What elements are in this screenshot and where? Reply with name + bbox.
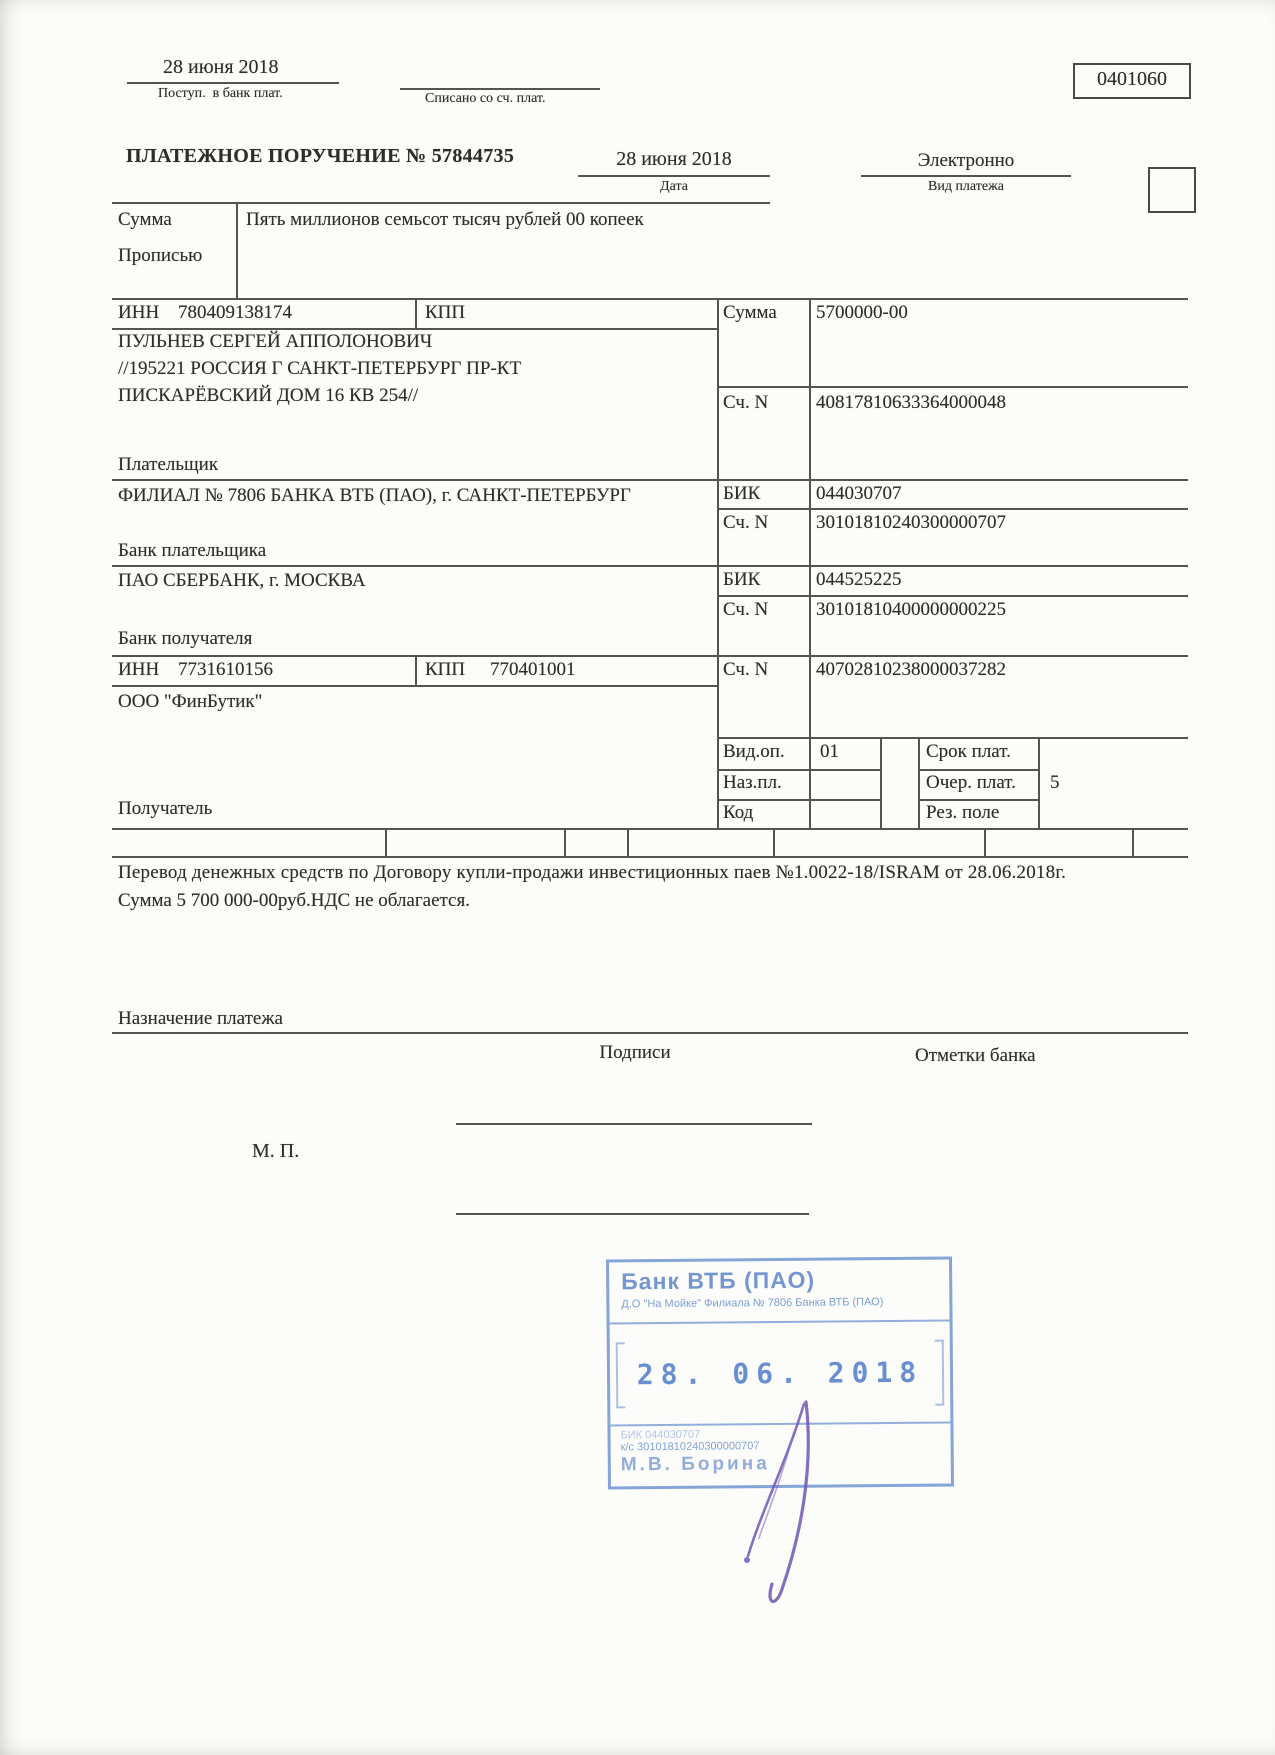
due-date-label: Срок плат. [926,741,1011,763]
payee-bank-name: ПАО СБЕРБАНК, г. МОСКВА [118,570,366,592]
rule [1132,828,1134,858]
rule [627,828,629,858]
payment-kind-value: Электронно [861,150,1071,172]
rule [112,298,1188,300]
rule [717,799,880,801]
rule [112,565,1188,567]
rule [773,828,775,858]
rule [918,769,1040,771]
document-date: 28 июня 2018 [578,148,770,171]
reserve-field-label: Рез. поле [926,802,999,824]
rule [415,655,417,687]
code-label: Код [723,802,753,824]
payee-bank-bik: 044525225 [816,569,902,591]
document-title: ПЛАТЕЖНОЕ ПОРУЧЕНИЕ № 57844735 [126,145,514,168]
payment-order-document: 28 июня 2018 Поступ. в банк плат. Списан… [0,0,1275,1755]
rule [717,595,1188,597]
payee-bank-label: Банк получателя [118,628,252,650]
payer-account: 40817810633364000048 [816,392,1006,414]
signatures-label: Подписи [555,1042,715,1064]
payee-name: ООО "ФинБутик" [118,691,262,713]
priority-value: 5 [1050,772,1060,794]
rule [564,828,566,858]
payer-bank-label: Банк плательщика [118,540,266,562]
amount-value: 5700000-00 [816,302,908,324]
payee-inn: 7731610156 [178,659,273,681]
amount-label: Сумма [723,302,777,324]
payee-inn-label: ИНН [118,659,159,681]
form-code: 0401060 [1075,68,1189,91]
rule [400,88,600,90]
rule [578,175,770,177]
payee-kpp: 770401001 [490,659,576,681]
bank-marks-label: Отметки банка [915,1045,1036,1067]
payer-bank-account: 30101810240300000707 [816,512,1006,534]
payer-name-line1: ПУЛЬНЕВ СЕРГЕЙ АППОЛОНОВИЧ [118,331,432,353]
payee-kpp-label: КПП [425,659,465,681]
rule [861,175,1071,177]
rule [717,508,1188,510]
payer-account-label: Сч. N [723,392,768,414]
payer-name-line3: ПИСКАРЁВСКИЙ ДОМ 16 КВ 254// [118,385,418,407]
rule [918,737,920,830]
payment-kind-label: Вид платежа [861,179,1071,195]
amount-words-label-1: Сумма [118,209,172,231]
rule [918,799,1040,801]
payer-bank-account-label: Сч. N [723,512,768,534]
payer-bank-bik-label: БИК [723,483,760,505]
rule [880,737,882,830]
received-in-bank-label: Поступ. в банк плат. [158,86,283,102]
amount-in-words: Пять миллионов семьсот тысяч рублей 00 к… [246,209,644,231]
signature-line [456,1123,812,1125]
payee-account: 40702810238000037282 [816,659,1006,681]
op-type-label: Вид.оп. [723,741,785,763]
rule [717,737,1188,739]
handwritten-signature [680,1380,860,1620]
payer-kpp-label: КПП [425,302,465,324]
payer-bank-bik: 044030707 [816,483,902,505]
payer-bank-name: ФИЛИАЛ № 7806 БАНКА ВТБ (ПАО), г. САНКТ-… [118,485,631,507]
rule [112,479,1188,481]
payer-inn-label: ИНН [118,302,159,324]
payee-account-label: Сч. N [723,659,768,681]
stamp-place-label: М. П. [252,1140,299,1163]
rule [415,298,417,330]
payer-label: Плательщик [118,454,218,476]
rule [1038,737,1040,830]
rule [112,655,1188,657]
purpose-line1: Перевод денежных средств по Договору куп… [118,862,1066,884]
status-field-box [1148,167,1196,213]
debited-from-account-label: Списано со сч. плат. [425,91,546,107]
rule [112,856,1188,858]
rule [984,828,986,858]
stamp-branch: Д.О "На Мойке" Филиала № 7806 Банка ВТБ … [621,1296,937,1311]
rule [112,1032,1188,1034]
received-in-bank-date: 28 июня 2018 [163,56,279,79]
payer-name-line2: //195221 РОССИЯ Г САНКТ-ПЕТЕРБУРГ ПР-КТ [118,358,521,380]
stamp-left-bracket [616,1342,626,1408]
payee-label: Получатель [118,798,212,820]
signature-line [456,1213,809,1215]
payee-bank-account: 30101810400000000225 [816,599,1006,621]
purpose-code-label: Наз.пл. [723,772,782,794]
rule [236,202,238,298]
payee-bank-account-label: Сч. N [723,599,768,621]
rule [112,202,770,204]
payer-inn: 780409138174 [178,302,292,324]
date-label: Дата [578,179,770,195]
form-code-box: 0401060 [1073,63,1191,99]
stamp-right-bracket [935,1340,945,1406]
signature-ink-dot [744,1557,750,1563]
priority-label: Очер. плат. [926,772,1016,794]
purpose-label: Назначение платежа [118,1008,283,1030]
rule [717,386,1188,388]
payee-bank-bik-label: БИК [723,569,760,591]
rule [127,82,339,84]
amount-words-label-2: Прописью [118,245,202,267]
purpose-line2: Сумма 5 700 000-00руб.НДС не облагается. [118,890,470,912]
rule [112,828,1188,830]
rule [809,298,811,830]
op-type-value: 01 [820,741,839,763]
rule [385,828,387,858]
rule [717,298,719,830]
stamp-bank-name: Банк ВТБ (ПАО) [621,1266,937,1296]
rule [717,769,880,771]
